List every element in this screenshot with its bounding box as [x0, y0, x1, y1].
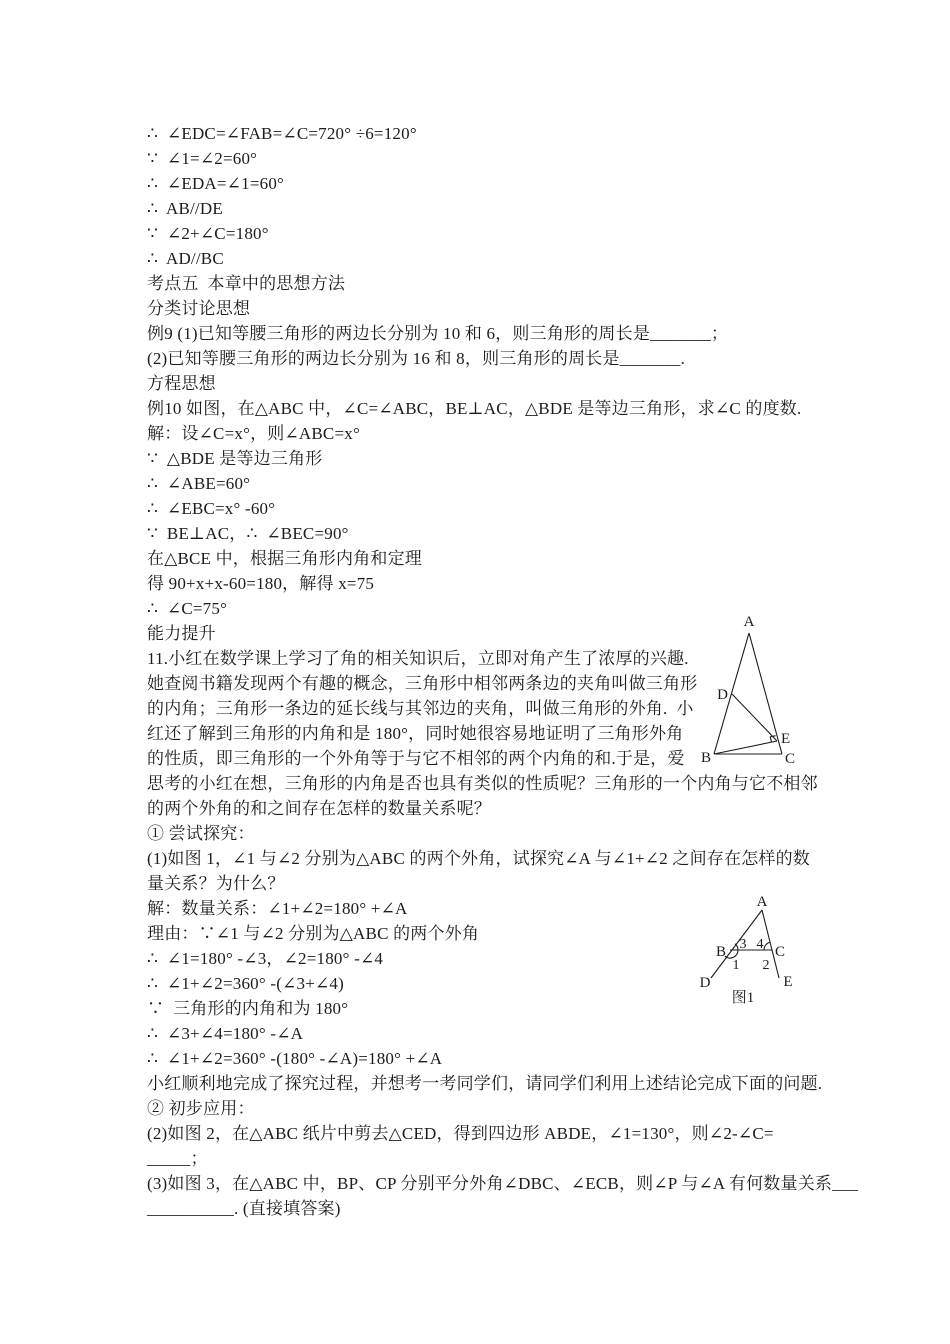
text-line: 的内角；三角形一条边的延长线与其邻边的夹角，叫做三角形的外角. 小: [147, 696, 694, 721]
figure-example10-triangle: A B C D E: [695, 610, 810, 772]
vertex-label-a: A: [757, 895, 768, 910]
text-line: 11.小红在数学课上学习了角的相关知识后，立即对角产生了浓厚的兴趣.: [147, 646, 689, 671]
text-line: 在△BCE 中，根据三角形内角和定理: [147, 546, 422, 571]
text-line: 能力提升: [147, 621, 216, 646]
vertex-label-a: A: [744, 614, 755, 630]
text-line: ∴ ∠EBC=x° -60°: [147, 496, 275, 521]
text-line: 得 90+x+x-60=180，解得 x=75: [147, 571, 374, 596]
text-line: 思考的小红在想，三角形的内角是否也具有类似的性质呢？三角形的一个内角与它不相邻: [147, 771, 818, 796]
segment-be: [714, 741, 777, 754]
angle-label-1: 1: [733, 958, 740, 973]
text-line: __________. (直接填答案): [147, 1196, 341, 1221]
text-line: _____；: [147, 1146, 208, 1171]
text-line: ∴ ∠3+∠4=180° -∠A: [147, 1021, 303, 1046]
angle-label-3: 3: [740, 937, 747, 952]
text-line: ∴ AD//BC: [147, 246, 224, 271]
segment-de: [732, 694, 777, 741]
text-line: ② 初步应用：: [147, 1096, 255, 1121]
text-line: 的性质，即三角形的一个外角等于与它不相邻的两个内角的和.于是，爱: [147, 746, 685, 771]
vertex-label-e: E: [783, 974, 792, 990]
vertex-label-d: D: [700, 975, 711, 991]
side-ac: [749, 633, 782, 754]
vertex-label-c: C: [775, 944, 785, 960]
text-line: ∴ ∠1+∠2=360° -(∠3+∠4): [147, 971, 344, 996]
text-line: ∵ BE⊥AC，∴ ∠BEC=90°: [147, 521, 349, 546]
text-line: ∴ ∠ABE=60°: [147, 471, 250, 496]
text-line: ∵ △BDE 是等边三角形: [147, 446, 322, 471]
text-line: 量关系？为什么？: [147, 871, 285, 896]
vertex-label-b: B: [701, 750, 711, 766]
text-line: ∵ 三角形的内角和为 180°: [147, 996, 348, 1021]
text-line: 小红顺利地完成了探究过程，并想考一考同学们，请同学们利用上述结论完成下面的问题.: [147, 1071, 822, 1096]
figure-caption: 图1: [732, 989, 755, 1006]
text-line: ① 尝试探究：: [147, 821, 255, 846]
text-line: (1)如图 1，∠1 与∠2 分别为△ABC 的两个外角，试探究∠A 与∠1+∠…: [147, 846, 810, 871]
text-line: 解：数量关系：∠1+∠2=180° +∠A: [147, 896, 408, 921]
angle-4-arc: [764, 942, 770, 950]
vertex-label-c: C: [785, 751, 795, 767]
text-line: 例10 如图，在△ABC 中，∠C=∠ABC，BE⊥AC，△BDE 是等边三角形…: [147, 396, 801, 421]
text-line: (3)如图 3，在△ABC 中，BP、CP 分别平分外角∠DBC、∠ECB，则∠…: [147, 1171, 858, 1196]
angle-3-arc: [735, 944, 738, 950]
text-line: ∴ ∠1=180° -∠3，∠2=180° -∠4: [147, 946, 383, 971]
vertex-label-d: D: [717, 687, 728, 703]
text-line: 解：设∠C=x°，则∠ABC=x°: [147, 421, 360, 446]
text-line: 考点五 本章中的思想方法: [147, 271, 345, 296]
text-line: ∴ AB//DE: [147, 196, 223, 221]
text-line: ∴ ∠C=75°: [147, 596, 227, 621]
vertex-label-b: B: [716, 944, 726, 960]
text-line: (2)如图 2，在△ABC 纸片中剪去△CED，得到四边形 ABDE，∠1=13…: [147, 1121, 774, 1146]
text-line: ∴ ∠1+∠2=360° -(180° -∠A)=180° +∠A: [147, 1046, 442, 1071]
angle-label-4: 4: [757, 937, 764, 952]
text-line: 方程思想: [147, 371, 216, 396]
text-line: 红还了解到三角形的内角和是 180°，同时她很容易地证明了三角形外角: [147, 721, 683, 746]
page: { "page": { "background": "#ffffff", "te…: [0, 0, 950, 1344]
text-line: (2)已知等腰三角形的两边长分别为 16 和 8，则三角形的周长是_______…: [147, 346, 685, 371]
text-line: 分类讨论思想: [147, 296, 250, 321]
text-line: 的两个外角的和之间存在怎样的数量关系呢？: [147, 796, 491, 821]
text-line: ∵ ∠2+∠C=180°: [147, 221, 269, 246]
text-line: 她查阅书籍发现两个有趣的概念，三角形中相邻两条边的夹角叫做三角形: [147, 671, 697, 696]
text-line: ∴ ∠EDA=∠1=60°: [147, 171, 284, 196]
angle-label-2: 2: [763, 958, 770, 973]
figure-1-exterior-angles: A B C D E 3 4 1 2 图1: [695, 895, 815, 1010]
text-line: 理由：∵∠1 与∠2 分别为△ABC 的两个外角: [147, 921, 479, 946]
text-line: ∵ ∠1=∠2=60°: [147, 146, 257, 171]
text-line: 例9 (1)已知等腰三角形的两边长分别为 10 和 6，则三角形的周长是____…: [147, 321, 728, 346]
text-line: ∴ ∠EDC=∠FAB=∠C=720° ÷6=120°: [147, 121, 417, 146]
vertex-label-e: E: [781, 731, 790, 747]
